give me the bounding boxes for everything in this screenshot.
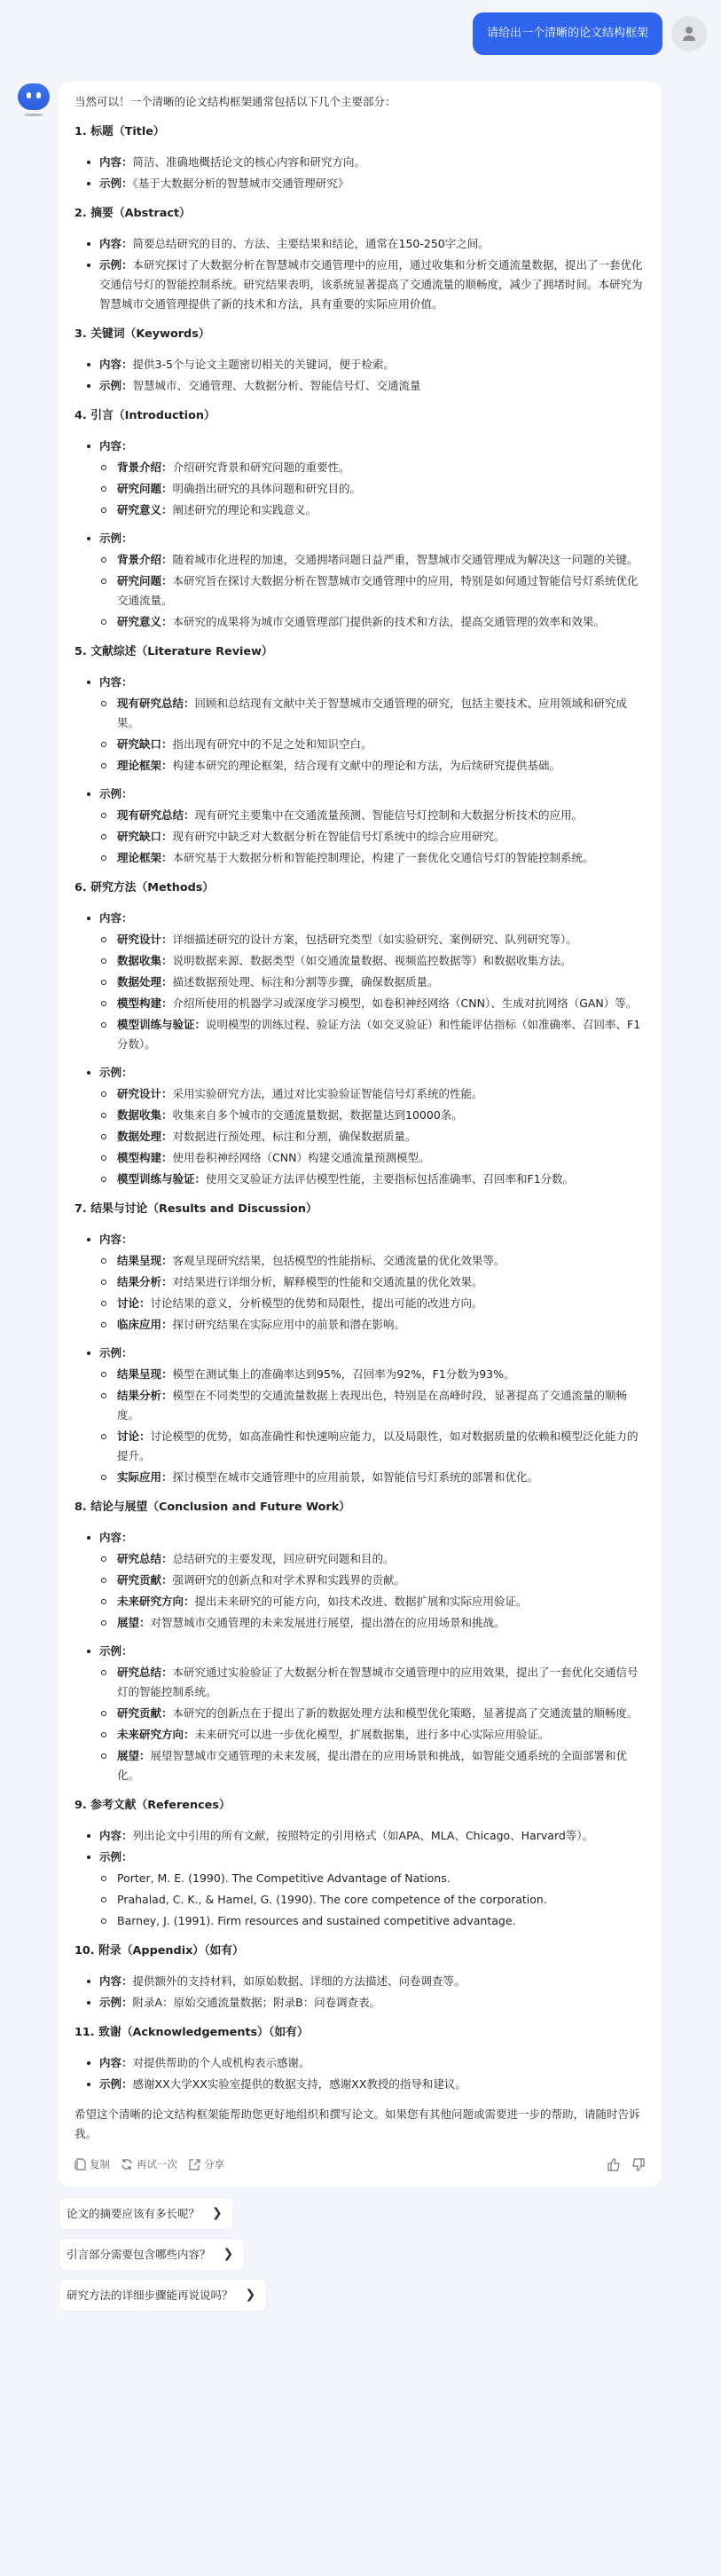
group-label: 示例：: [99, 1346, 133, 1359]
sub-item-text: 采用实验研究方法，通过对比实验验证智能信号灯系统的性能。: [173, 1087, 483, 1100]
list-item: 示例：《基于大数据分析的智慧城市交通管理研究》: [85, 174, 645, 193]
sub-item: 模型构建：使用卷积神经网络（CNN）构建交通流量预测模型。: [99, 1148, 645, 1168]
suggested-question-button[interactable]: 引言部分需要包含哪些内容？❯: [59, 2238, 245, 2271]
item-label: 内容：: [99, 1974, 133, 1988]
suggested-question-button[interactable]: 论文的摘要应该有多长呢？❯: [59, 2197, 234, 2230]
list-item: 内容：对提供帮助的个人或机构表示感谢。: [85, 2053, 645, 2073]
sub-item: 实际应用：探讨模型在城市交通管理中的应用前景，如智能信号灯系统的部署和优化。: [99, 1468, 645, 1487]
sub-item: 研究问题：本研究旨在探讨大数据分析在智慧城市交通管理中的应用，特别是如何通过智能…: [99, 571, 645, 611]
sub-item: 数据收集：说明数据来源、数据类型（如交通流量数据、视频监控数据等）和数据收集方法…: [99, 951, 645, 971]
sub-item-text: 指出现有研究中的不足之处和知识空白。: [173, 737, 372, 751]
sub-item-label: 研究总结：: [117, 1666, 173, 1679]
sub-item-label: 实际应用：: [117, 1470, 173, 1484]
group-item: 内容：现有研究总结：回顾和总结现有文献中关于智慧城市交通管理的研究，包括主要技术…: [85, 673, 645, 776]
list-item: 内容：提供额外的支持材料，如原始数据、详细的方法描述、问卷调查等。: [85, 1972, 645, 1991]
sub-item-label: 研究缺口：: [117, 737, 173, 751]
copy-icon: [74, 2158, 86, 2170]
sub-item-label: 模型训练与验证：: [117, 1018, 206, 1031]
sub-item-text: 本研究基于大数据分析和智能控制理论，构建了一套优化交通信号灯的智能控制系统。: [173, 851, 594, 864]
sub-item-label: 模型训练与验证：: [117, 1172, 206, 1186]
list-item: 示例：本研究探讨了大数据分析在智慧城市交通管理中的应用，通过收集和分析交通流量数…: [85, 256, 645, 314]
sub-item: 未来研究方向：提出未来研究的可能方向，如技术改进、数据扩展和实际应用验证。: [99, 1592, 645, 1611]
sub-item-text: 本研究通过实验验证了大数据分析在智慧城市交通管理中的应用效果，提出了一套优化交通…: [117, 1666, 639, 1698]
reference-item: Barney, J. (1991). Firm resources and su…: [99, 1911, 645, 1931]
sub-item: 数据处理：描述数据预处理、标注和分割等步骤，确保数据质量。: [99, 973, 645, 992]
chevron-right-icon: ❯: [246, 2279, 256, 2312]
suggestion-text: 论文的摘要应该有多长呢？: [67, 2197, 200, 2230]
sub-item-text: 对结果进行详细分析，解释模型的性能和交通流量的优化效果。: [173, 1275, 483, 1288]
sub-item-text: 对智慧城市交通管理的未来发展进行展望，提出潜在的应用场景和挑战。: [151, 1616, 505, 1629]
bot-avatar: [18, 83, 50, 119]
group-item: 示例：背景介绍：随着城市化进程的加速，交通拥堵问题日益严重，智慧城市交通管理成为…: [85, 529, 645, 632]
sub-item-text: 随着城市化进程的加速，交通拥堵问题日益严重，智慧城市交通管理成为解决这一问题的关…: [173, 553, 639, 566]
share-button[interactable]: 分享: [188, 2155, 224, 2174]
sub-item-text: 详细描述研究的设计方案，包括研究类型（如实验研究、案例研究、队列研究等）。: [173, 933, 577, 946]
sub-item-label: 结果分析：: [117, 1275, 173, 1288]
copy-button[interactable]: 复制: [74, 2155, 110, 2174]
sub-item: 研究总结：总结研究的主要发现，回应研究问题和目的。: [99, 1549, 645, 1569]
section-title: 6. 研究方法（Methods）: [74, 878, 645, 898]
sub-item: 数据收集：收集来自多个城市的交通流量数据，数据量达到10000条。: [99, 1106, 645, 1125]
sub-item: 结果分析：对结果进行详细分析，解释模型的性能和交通流量的优化效果。: [99, 1272, 645, 1292]
copy-label: 复制: [90, 2155, 110, 2174]
section-list: 内容：对提供帮助的个人或机构表示感谢。示例：感谢XX大学XX实验室提供的数据支持…: [74, 2053, 645, 2094]
item-label: 示例：: [99, 379, 133, 392]
sub-item-label: 数据收集：: [117, 1108, 173, 1122]
suggested-question-button[interactable]: 研究方法的详细步骤能再说说吗？❯: [59, 2279, 267, 2312]
section-list: 内容：背景介绍：介绍研究背景和研究问题的重要性。研究问题：明确指出研究的具体问题…: [74, 437, 645, 632]
retry-label: 再试一次: [137, 2155, 177, 2174]
sub-item-text: 未来研究可以进一步优化模型，扩展数据集，进行多中心实际应用验证。: [195, 1728, 550, 1741]
section-title: 2. 摘要（Abstract）: [74, 204, 645, 224]
list-item: 内容：简要总结研究的目的、方法、主要结果和结论，通常在150-250字之间。: [85, 234, 645, 254]
sub-item-label: 研究问题：: [117, 482, 173, 495]
sub-item: 未来研究方向：未来研究可以进一步优化模型，扩展数据集，进行多中心实际应用验证。: [99, 1725, 645, 1745]
item-text: 列出论文中引用的所有文献，按照特定的引用格式（如APA、MLA、Chicago、…: [133, 1829, 594, 1842]
group-label: 内容：: [99, 1531, 133, 1544]
user-message-bubble: 请给出一个清晰的论文结构框架: [473, 12, 662, 55]
group-label: 内容：: [99, 439, 133, 453]
sub-item-label: 未来研究方向：: [117, 1728, 195, 1741]
group-item: 示例：现有研究总结：现有研究主要集中在交通流量预测、智能信号灯控制和大数据分析技…: [85, 784, 645, 868]
sub-item-label: 背景介绍：: [117, 461, 173, 474]
item-label: 示例：: [99, 1850, 133, 1863]
thumbs-up-icon: [607, 2158, 621, 2171]
chevron-right-icon: ❯: [223, 2238, 234, 2271]
sub-item-label: 研究设计：: [117, 933, 173, 946]
item-label: 示例：: [99, 177, 133, 190]
section-list: 内容：现有研究总结：回顾和总结现有文献中关于智慧城市交通管理的研究，包括主要技术…: [74, 673, 645, 868]
group-item: 内容：研究总结：总结研究的主要发现，回应研究问题和目的。研究贡献：强调研究的创新…: [85, 1528, 645, 1633]
sub-item-label: 模型构建：: [117, 1151, 173, 1164]
list-item: 示例：Porter, M. E. (1990). The Competitive…: [85, 1847, 645, 1931]
group-label: 内容：: [99, 1233, 133, 1246]
item-label: 示例：: [99, 258, 133, 272]
item-text: 智慧城市、交通管理、大数据分析、智能信号灯、交通流量: [133, 379, 421, 392]
sub-item: 展望：对智慧城市交通管理的未来发展进行展望，提出潜在的应用场景和挑战。: [99, 1613, 645, 1633]
response-actions: 复制 再试一次 分享: [74, 2155, 645, 2174]
reference-item: Porter, M. E. (1990). The Competitive Ad…: [99, 1869, 645, 1888]
section-list: 内容：列出论文中引用的所有文献，按照特定的引用格式（如APA、MLA、Chica…: [74, 1826, 645, 1931]
sub-item-text: 介绍所使用的机器学习或深度学习模型，如卷积神经网络（CNN）、生成对抗网络（GA…: [173, 997, 638, 1010]
sub-item-text: 强调研究的创新点和对学术界和实践界的贡献。: [173, 1573, 406, 1587]
sub-item-label: 讨论：: [117, 1430, 151, 1443]
list-item: 内容：列出论文中引用的所有文献，按照特定的引用格式（如APA、MLA、Chica…: [85, 1826, 645, 1846]
sub-item-label: 结果呈现：: [117, 1254, 173, 1267]
group-item: 内容：结果呈现：客观呈现研究结果，包括模型的性能指标、交通流量的优化效果等。结果…: [85, 1230, 645, 1335]
sub-item-text: 讨论模型的优势，如高准确性和快速响应能力，以及局限性，如对数据质量的依赖和模型泛…: [117, 1430, 639, 1462]
sub-item: 模型构建：介绍所使用的机器学习或深度学习模型，如卷积神经网络（CNN）、生成对抗…: [99, 994, 645, 1013]
section-title: 1. 标题（Title）: [74, 122, 645, 142]
sub-item-label: 现有研究总结：: [117, 808, 195, 822]
sub-item-label: 研究总结：: [117, 1552, 173, 1565]
sub-item: 讨论：讨论模型的优势，如高准确性和快速响应能力，以及局限性，如对数据质量的依赖和…: [99, 1427, 645, 1466]
user-message-row: 请给出一个清晰的论文结构框架: [473, 12, 707, 55]
sub-item-text: 探讨模型在城市交通管理中的应用前景，如智能信号灯系统的部署和优化。: [173, 1470, 539, 1484]
sub-item-text: 描述数据预处理、标注和分割等步骤，确保数据质量。: [173, 975, 439, 989]
sub-item-text: 明确指出研究的具体问题和研究目的。: [173, 482, 362, 495]
sub-item-label: 研究问题：: [117, 574, 173, 587]
sub-item-label: 背景介绍：: [117, 553, 173, 566]
item-text: 简要总结研究的目的、方法、主要结果和结论，通常在150-250字之间。: [133, 237, 490, 250]
list-item: 示例：智慧城市、交通管理、大数据分析、智能信号灯、交通流量: [85, 376, 645, 396]
group-label: 内容：: [99, 911, 133, 925]
sub-item-text: 本研究的成果将为城市交通管理部门提供新的技术和方法，提高交通管理的效率和效果。: [173, 615, 606, 628]
sub-item-label: 研究贡献：: [117, 1706, 173, 1720]
section-list: 内容：简洁、准确地概括论文的核心内容和研究方向。示例：《基于大数据分析的智慧城市…: [74, 153, 645, 193]
sub-item: 研究缺口：指出现有研究中的不足之处和知识空白。: [99, 735, 645, 754]
sub-item-label: 未来研究方向：: [117, 1595, 195, 1608]
group-item: 内容：研究设计：详细描述研究的设计方案，包括研究类型（如实验研究、案例研究、队列…: [85, 909, 645, 1054]
sub-item-text: 讨论结果的意义，分析模型的优势和局限性，提出可能的改进方向。: [151, 1296, 483, 1310]
sub-item: 研究问题：明确指出研究的具体问题和研究目的。: [99, 479, 645, 499]
sub-item-text: 总结研究的主要发现，回应研究问题和目的。: [173, 1552, 395, 1565]
sub-item-label: 结果呈现：: [117, 1367, 173, 1381]
sub-item: 研究总结：本研究通过实验验证了大数据分析在智慧城市交通管理中的应用效果，提出了一…: [99, 1663, 645, 1702]
list-item: 示例：感谢XX大学XX实验室提供的数据支持，感谢XX教授的指导和建议。: [85, 2075, 645, 2094]
item-label: 内容：: [99, 1829, 133, 1842]
group-item: 示例：结果呈现：模型在测试集上的准确率达到95%，召回率为92%，F1分数为93…: [85, 1343, 645, 1487]
thumbs-up-button[interactable]: [607, 2158, 621, 2171]
sub-item-text: 本研究旨在探讨大数据分析在智慧城市交通管理中的应用，特别是如何通过智能信号灯系统…: [117, 574, 639, 607]
user-icon: [682, 26, 696, 42]
sub-item: 结果呈现：模型在测试集上的准确率达到95%，召回率为92%，F1分数为93%。: [99, 1365, 645, 1384]
sub-item-text: 收集来自多个城市的交通流量数据，数据量达到10000条。: [173, 1108, 463, 1122]
item-text: 本研究探讨了大数据分析在智慧城市交通管理中的应用，通过收集和分析交通流量数据，提…: [99, 258, 643, 311]
sub-item: 研究设计：采用实验研究方法，通过对比实验验证智能信号灯系统的性能。: [99, 1084, 645, 1104]
group-label: 示例：: [99, 1644, 133, 1658]
sub-item-label: 讨论：: [117, 1296, 151, 1310]
sub-item-label: 研究设计：: [117, 1087, 173, 1100]
sub-item-text: 模型在不同类型的交通流量数据上表现出色，特别是在高峰时段，显著提高了交通流量的顺…: [117, 1389, 627, 1422]
group-item: 示例：研究总结：本研究通过实验验证了大数据分析在智慧城市交通管理中的应用效果，提…: [85, 1642, 645, 1785]
section-list: 内容：研究总结：总结研究的主要发现，回应研究问题和目的。研究贡献：强调研究的创新…: [74, 1528, 645, 1785]
sub-item-label: 展望：: [117, 1749, 151, 1762]
sub-item-label: 研究意义：: [117, 503, 173, 516]
sub-item: 讨论：讨论结果的意义，分析模型的优势和局限性，提出可能的改进方向。: [99, 1294, 645, 1313]
section-list: 内容：提供额外的支持材料，如原始数据、详细的方法描述、问卷调查等。示例：附录A：…: [74, 1972, 645, 2013]
item-text: 《基于大数据分析的智慧城市交通管理研究》: [133, 177, 349, 190]
sub-item: 研究意义：本研究的成果将为城市交通管理部门提供新的技术和方法，提高交通管理的效率…: [99, 612, 645, 632]
sub-item-text: 提出未来研究的可能方向，如技术改进、数据扩展和实际应用验证。: [195, 1595, 528, 1608]
sub-item: 研究贡献：本研究的创新点在于提出了新的数据处理方法和模型优化策略，显著提高了交通…: [99, 1704, 645, 1723]
sub-item: 理论框架：本研究基于大数据分析和智能控制理论，构建了一套优化交通信号灯的智能控制…: [99, 848, 645, 868]
share-icon: [188, 2158, 200, 2170]
group-item: 示例：研究设计：采用实验研究方法，通过对比实验验证智能信号灯系统的性能。数据收集…: [85, 1063, 645, 1189]
item-label: 内容：: [99, 155, 133, 169]
chevron-right-icon: ❯: [212, 2197, 223, 2230]
thumbs-down-button[interactable]: [631, 2158, 645, 2171]
group-item: 内容：背景介绍：介绍研究背景和研究问题的重要性。研究问题：明确指出研究的具体问题…: [85, 437, 645, 520]
section-title: 10. 附录（Appendix）（如有）: [74, 1942, 645, 1961]
list-item: 内容：简洁、准确地概括论文的核心内容和研究方向。: [85, 153, 645, 172]
list-item: 内容：提供3-5个与论文主题密切相关的关键词，便于检索。: [85, 355, 645, 374]
user-avatar: [671, 16, 707, 51]
sub-item: 研究缺口：现有研究中缺乏对大数据分析在智能信号灯系统中的综合应用研究。: [99, 827, 645, 847]
sub-item: 研究设计：详细描述研究的设计方案，包括研究类型（如实验研究、案例研究、队列研究等…: [99, 930, 645, 949]
section-list: 内容：研究设计：详细描述研究的设计方案，包括研究类型（如实验研究、案例研究、队列…: [74, 909, 645, 1189]
sub-item: 研究贡献：强调研究的创新点和对学术界和实践界的贡献。: [99, 1571, 645, 1590]
item-label: 示例：: [99, 1996, 133, 2009]
group-label: 示例：: [99, 787, 133, 800]
section-title: 7. 结果与讨论（Results and Discussion）: [74, 1200, 645, 1219]
section-title: 9. 参考文献（References）: [74, 1796, 645, 1816]
refresh-icon: [121, 2158, 133, 2170]
response-sections: 1. 标题（Title）内容：简洁、准确地概括论文的核心内容和研究方向。示例：《…: [74, 122, 645, 2094]
section-list: 内容：简要总结研究的目的、方法、主要结果和结论，通常在150-250字之间。示例…: [74, 234, 645, 314]
item-label: 内容：: [99, 2056, 133, 2069]
item-label: 内容：: [99, 358, 133, 371]
sub-item-label: 数据处理：: [117, 1130, 173, 1143]
sub-item-text: 现有研究主要集中在交通流量预测、智能信号灯控制和大数据分析技术的应用。: [195, 808, 584, 822]
sub-item: 理论框架：构建本研究的理论框架，结合现有文献中的理论和方法，为后续研究提供基础。: [99, 756, 645, 776]
sub-item-text: 探讨研究结果在实际应用中的前景和潜在影响。: [173, 1318, 406, 1331]
group-label: 示例：: [99, 532, 133, 545]
section-title: 8. 结论与展望（Conclusion and Future Work）: [74, 1498, 645, 1517]
sub-item-text: 说明数据来源、数据类型（如交通流量数据、视频监控数据等）和数据收集方法。: [173, 954, 572, 967]
sub-item: 结果呈现：客观呈现研究结果，包括模型的性能指标、交通流量的优化效果等。: [99, 1251, 645, 1271]
section-list: 内容：提供3-5个与论文主题密切相关的关键词，便于检索。示例：智慧城市、交通管理…: [74, 355, 645, 396]
sub-item: 数据处理：对数据进行预处理、标注和分割，确保数据质量。: [99, 1127, 645, 1146]
sub-item: 结果分析：模型在不同类型的交通流量数据上表现出色，特别是在高峰时段，显著提高了交…: [99, 1386, 645, 1425]
sub-item: 现有研究总结：现有研究主要集中在交通流量预测、智能信号灯控制和大数据分析技术的应…: [99, 806, 645, 825]
section-list: 内容：结果呈现：客观呈现研究结果，包括模型的性能指标、交通流量的优化效果等。结果…: [74, 1230, 645, 1487]
section-title: 5. 文献综述（Literature Review）: [74, 642, 645, 662]
sub-item-label: 临床应用：: [117, 1318, 173, 1331]
item-text: 简洁、准确地概括论文的核心内容和研究方向。: [133, 155, 366, 169]
reference-item: Prahalad, C. K., & Hamel, G. (1990). The…: [99, 1890, 645, 1910]
share-label: 分享: [204, 2155, 224, 2174]
group-label: 示例：: [99, 1066, 133, 1079]
sub-item: 研究意义：阐述研究的理论和实践意义。: [99, 500, 645, 520]
bot-outro: 希望这个清晰的论文结构框架能帮助您更好地组织和撰写论文。如果您有其他问题或需要进…: [74, 2105, 645, 2144]
sub-item-text: 客观呈现研究结果，包括模型的性能指标、交通流量的优化效果等。: [173, 1254, 505, 1267]
bot-face-icon: [18, 83, 50, 110]
sub-item-text: 现有研究中缺乏对大数据分析在智能信号灯系统中的综合应用研究。: [173, 830, 505, 843]
sub-item-text: 对数据进行预处理、标注和分割，确保数据质量。: [173, 1130, 417, 1143]
sub-item-label: 现有研究总结：: [117, 697, 195, 710]
sub-item: 模型训练与验证：使用交叉验证方法评估模型性能，主要指标包括准确率、召回率和F1分…: [99, 1170, 645, 1189]
sub-item: 背景介绍：介绍研究背景和研究问题的重要性。: [99, 458, 645, 477]
sub-item: 现有研究总结：回顾和总结现有文献中关于智慧城市交通管理的研究，包括主要技术、应用…: [99, 694, 645, 733]
sub-item-text: 使用交叉验证方法评估模型性能，主要指标包括准确率、召回率和F1分数。: [206, 1172, 574, 1186]
bot-response-card: 当然可以！一个清晰的论文结构框架通常包括以下几个主要部分： 1. 标题（Titl…: [59, 82, 661, 2186]
sub-item-label: 理论框架：: [117, 851, 173, 864]
item-label: 示例：: [99, 2077, 133, 2091]
bot-intro: 当然可以！一个清晰的论文结构框架通常包括以下几个主要部分：: [74, 92, 645, 112]
sub-item-label: 结果分析：: [117, 1389, 173, 1402]
suggestion-text: 研究方法的详细步骤能再说说吗？: [67, 2279, 233, 2312]
retry-button[interactable]: 再试一次: [121, 2155, 177, 2174]
sub-item-label: 数据处理：: [117, 975, 173, 989]
sub-item-label: 模型构建：: [117, 997, 173, 1010]
section-title: 11. 致谢（Acknowledgements）（如有）: [74, 2023, 645, 2043]
group-label: 内容：: [99, 675, 133, 689]
sub-item-text: 展望智慧城市交通管理的未来发展，提出潜在的应用场景和挑战，如智能交通系统的全面部…: [117, 1749, 627, 1782]
sub-item: 模型训练与验证：说明模型的训练过程、验证方法（如交叉验证）和性能评估指标（如准确…: [99, 1015, 645, 1054]
item-text: 提供额外的支持材料，如原始数据、详细的方法描述、问卷调查等。: [133, 1974, 466, 1988]
sub-item-text: 使用卷积神经网络（CNN）构建交通流量预测模型。: [173, 1151, 430, 1164]
item-text: 提供3-5个与论文主题密切相关的关键词，便于检索。: [133, 358, 395, 371]
item-label: 内容：: [99, 237, 133, 250]
sub-item-label: 研究缺口：: [117, 830, 173, 843]
thumbs-down-icon: [631, 2158, 645, 2171]
sub-item-label: 理论框架：: [117, 759, 173, 772]
list-item: 示例：附录A：原始交通流量数据；附录B：问卷调查表。: [85, 1993, 645, 2013]
sub-item-text: 阐述研究的理论和实践意义。: [173, 503, 317, 516]
sub-item: 展望：展望智慧城市交通管理的未来发展，提出潜在的应用场景和挑战，如智能交通系统的…: [99, 1746, 645, 1785]
sub-item-label: 研究意义：: [117, 615, 173, 628]
item-text: 对提供帮助的个人或机构表示感谢。: [133, 2056, 310, 2069]
section-title: 3. 关键词（Keywords）: [74, 325, 645, 344]
sub-item-label: 展望：: [117, 1616, 151, 1629]
item-text: 附录A：原始交通流量数据；附录B：问卷调查表。: [133, 1996, 381, 2009]
sub-item-label: 研究贡献：: [117, 1573, 173, 1587]
sub-item-text: 模型在测试集上的准确率达到95%，召回率为92%，F1分数为93%。: [173, 1367, 515, 1381]
sub-item: 背景介绍：随着城市化进程的加速，交通拥堵问题日益严重，智慧城市交通管理成为解决这…: [99, 550, 645, 570]
sub-item-text: 本研究的创新点在于提出了新的数据处理方法和模型优化策略，显著提高了交通流量的顺畅…: [173, 1706, 639, 1720]
suggestion-text: 引言部分需要包含哪些内容？: [67, 2238, 211, 2271]
section-title: 4. 引言（Introduction）: [74, 406, 645, 426]
sub-item-text: 介绍研究背景和研究问题的重要性。: [173, 461, 350, 474]
sub-item-label: 数据收集：: [117, 954, 173, 967]
sub-item: 临床应用：探讨研究结果在实际应用中的前景和潜在影响。: [99, 1315, 645, 1335]
sub-item-text: 构建本研究的理论框架，结合现有文献中的理论和方法，为后续研究提供基础。: [173, 759, 561, 772]
item-text: 感谢XX大学XX实验室提供的数据支持，感谢XX教授的指导和建议。: [133, 2077, 466, 2091]
